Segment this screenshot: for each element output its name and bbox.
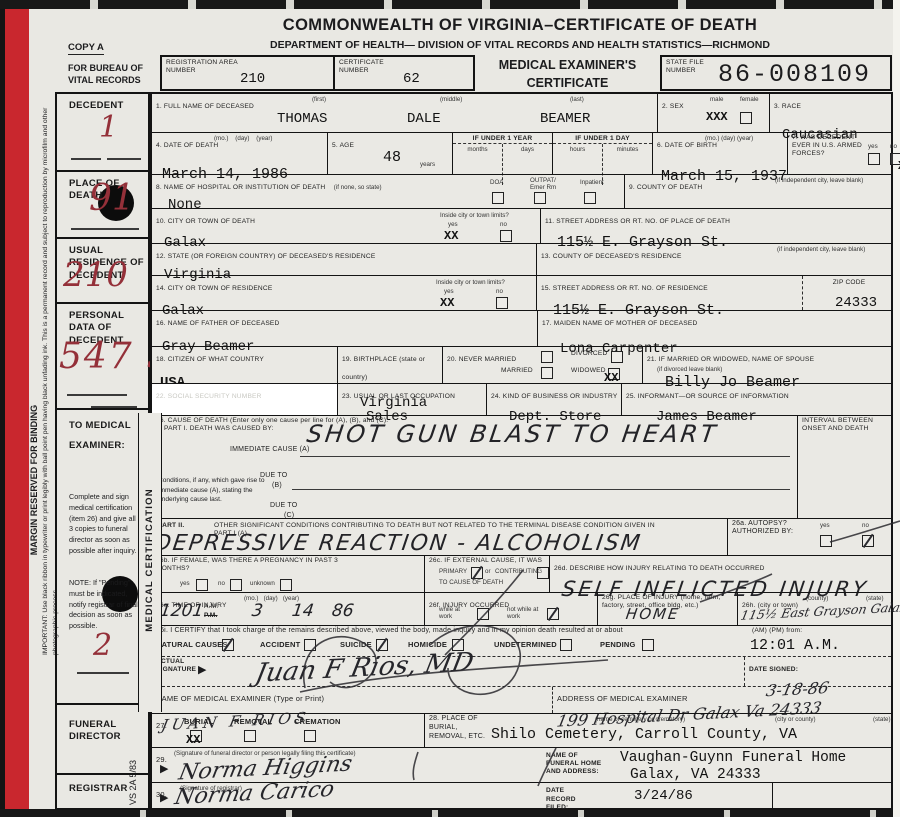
name-last: BEAMER (540, 111, 590, 127)
field-external-cause: 26c. IF EXTERNAL CAUSE, IT WAS PRIMARY o… (424, 556, 549, 592)
field-race: 3. RACE Caucasian (769, 94, 891, 132)
certificate-type: MEDICAL EXAMINER'S CERTIFICATE (480, 57, 655, 92)
married-checkbox (541, 367, 553, 379)
pending-checkbox (642, 639, 654, 651)
sidebar-usual-residence: USUAL RESIDENCE OF DECEDENT 210 (57, 237, 148, 302)
time-injury-time: 1201 (159, 601, 205, 621)
pregnancy-unknown-checkbox (280, 579, 292, 591)
field-registrar-signature: 30. (Signature of registrar) ▶ Norma Car… (152, 783, 542, 808)
field-county-residence: 13. COUNTY OF DECEASED'S RESIDENCE (if i… (536, 244, 891, 275)
sidebar-decedent: DECEDENT 1 (57, 94, 148, 170)
field-date-signed: DATE SIGNED: 3-18-86 (744, 657, 891, 686)
field-examiner-name: NAME OF MEDICAL EXAMINER (Type or Print)… (152, 687, 552, 713)
certificate-number-label: CERTIFICATE NUMBER (339, 59, 399, 75)
part2-value: DEPRESSIVE REACTION - ALCOHOLISM (152, 531, 643, 556)
field-funeral-home: NAME OF FUNERAL HOME AND ADDRESS: Vaugha… (542, 748, 891, 783)
field-if-under-1-day: IF UNDER 1 DAY hours minutes (552, 133, 652, 174)
field-spouse: 21. IF MARRIED OR WIDOWED, NAME OF SPOUS… (642, 347, 891, 383)
undetermined-checkbox (560, 639, 572, 651)
field-funeral-signature: 29. (Signature of funeral director or pe… (152, 748, 542, 783)
sidebar-decedent-value: 1 (99, 110, 118, 145)
bureau-label: FOR BUREAU OF VITAL RECORDS (68, 62, 150, 86)
time-injury-day: 14 (291, 601, 315, 621)
sidebar-place-of-death: PLACE OF DEATH 91 (57, 170, 148, 237)
time-injury-pm-struck: P.M. (204, 612, 218, 620)
pending-note: NOTE: If "Pending" must be indicated, no… (69, 578, 141, 632)
field-injury-location: 26h. (city or town) (county) (state) 115… (737, 593, 891, 625)
death-certificate-scan: MARGIN RESERVED FOR BINDING IMPORTANT: U… (0, 0, 900, 817)
medical-certification-strip: MEDICAL CERTIFICATION (138, 413, 162, 712)
funeral-signature-arrow-icon: ▶ (160, 762, 168, 775)
field-examiner-address: ADDRESS OF MEDICAL EXAMINER 199 Hospital… (552, 687, 891, 713)
immediate-cause-value: SHOT GUN BLAST TO HEART (305, 420, 720, 448)
certificate-title: COMMONWEALTH OF VIRGINIA–CERTIFICATE OF … (150, 16, 890, 35)
forces-yes-checkbox (868, 153, 880, 165)
sex-mark: XXX (706, 110, 728, 124)
natural-causes-checkbox (222, 639, 234, 651)
certificate-form: 1. FULL NAME OF DECEASED (first) (middle… (150, 92, 893, 810)
time-injury-month: 3 (251, 601, 265, 621)
pregnancy-no-checkbox (230, 579, 242, 591)
name-middle: DALE (407, 111, 441, 127)
field-cause-of-death: 26. CAUSE OF DEATH (Enter only one cause… (152, 416, 797, 518)
cremation-checkbox (304, 730, 316, 742)
field-father: 16. NAME OF FATHER OF DECEASED Gray Beam… (152, 311, 537, 346)
state-file-label: STATE FILE NUMBER (666, 59, 712, 75)
divorced-checkbox (611, 351, 623, 363)
field-county-of-death: 9. COUNTY OF DEATH (if independent city,… (624, 175, 891, 208)
field-ssn-redacted: 22. SOCIAL SECURITY NUMBER (152, 384, 337, 415)
field-if-under-1-year: IF UNDER 1 YEAR months days (452, 133, 552, 174)
field-interval: INTERVAL BETWEEN ONSET AND DEATH (797, 416, 891, 518)
field-zip: ZIP CODE 24333 (802, 276, 891, 310)
time-injury-year: 86 (331, 601, 355, 621)
field-pregnancy: 26b. IF FEMALE, WAS THERE A PREGNANCY IN… (152, 556, 424, 592)
sidebar-funeral-director: FUNERAL DIRECTOR (57, 703, 148, 773)
field-business: 24. KIND OF BUSINESS OR INDUSTRY Dept. S… (486, 384, 621, 415)
field-armed-forces: 7. WAS DECEDENT EVER IN U.S. ARMED FORCE… (787, 133, 891, 174)
scan-left-edge (0, 0, 5, 817)
age-value: 48 (383, 149, 401, 166)
field-marital-status: 20. NEVER MARRIED DIVORCED MARRIED WIDOW… (442, 347, 642, 383)
field-city-of-death: 10. CITY OR TOWN OF DEATH Galax Inside c… (152, 209, 540, 243)
field-empty-end (772, 783, 891, 808)
signature-arrow-icon: ▶ (198, 663, 206, 676)
sex-female-checkbox (740, 112, 752, 124)
field-date-of-birth: 6. DATE OF BIRTH (mo.) (day) (year) Marc… (652, 133, 787, 174)
place-of-injury-value: HOME (625, 605, 681, 623)
not-while-at-work-checkbox (547, 608, 559, 620)
registration-area-label: REGISTRATION AREA NUMBER (166, 59, 246, 75)
hospital-outpat-checkbox (534, 192, 546, 204)
form-sidebar: DECEDENT 1 PLACE OF DEATH 91 USUAL RESID… (55, 92, 150, 810)
sidebar-place-of-death-value: 91 (89, 178, 135, 219)
field-age: 5. AGE 48 years (327, 133, 452, 174)
margin-binding-note: MARGIN RESERVED FOR BINDING (29, 315, 39, 645)
field-date-of-death: 4. DATE OF DEATH (mo.) (day) (year) Marc… (152, 133, 327, 174)
field-birthplace: 19. BIRTHPLACE (state or country) Virgin… (337, 347, 442, 383)
hospital-inpatient-checkbox (584, 192, 596, 204)
accident-checkbox (304, 639, 316, 651)
sidebar-to-medical-examiner: TO MEDICAL EXAMINER: Complete and sign m… (57, 408, 148, 703)
field-occupation: 23. USUAL OR LAST OCCUPATION Sales (337, 384, 486, 415)
external-primary-checkbox (471, 567, 483, 579)
field-street-residence: 15. STREET ADDRESS OR RT. NO. OF RESIDEN… (536, 276, 802, 310)
conditions-note: Conditions, if any, which gave rise to i… (158, 476, 280, 505)
sidebar-registrar: REGISTRAR (57, 773, 148, 806)
field-injury-occurred: 26f. INJURY OCCURRED while at work not w… (424, 593, 597, 625)
burial-place-value: Shilo Cemetery, Carroll County, VA (491, 726, 797, 743)
suicide-checkbox (376, 639, 388, 651)
field-full-name: 1. FULL NAME OF DECEASED (first) (middle… (152, 94, 657, 132)
medical-certification-label: MEDICAL CERTIFICATION (144, 415, 155, 705)
autopsy-no-checkbox (862, 535, 874, 547)
autopsy-yes-checkbox (820, 535, 832, 547)
field-burial-place: 28. PLACE OF BURIAL, REMOVAL, ETC. (name… (424, 714, 891, 747)
hospital-doa-checkbox (492, 192, 504, 204)
funeral-home-city: Galax, VA 24333 (630, 767, 761, 783)
field-street-of-death: 11. STREET ADDRESS OR RT. NO. OF PLACE O… (540, 209, 891, 243)
city-res-limits-mark: XX (440, 296, 454, 310)
field-citizen: 18. CITIZEN OF WHAT COUNTRY USA (152, 347, 337, 383)
certificate-number-value: 62 (403, 71, 420, 87)
state-file-box: STATE FILE NUMBER 86-008109 (660, 55, 892, 91)
registrar-signature: Norma Carico (173, 777, 337, 810)
sidebar-usual-residence-value: 210 (63, 255, 128, 295)
while-at-work-checkbox (477, 608, 489, 620)
funeral-home-name: Vaughan-Guynn Funeral Home (620, 750, 846, 766)
registration-area-box: REGISTRATION AREA NUMBER 210 (160, 55, 335, 91)
never-married-checkbox (541, 351, 553, 363)
zip-value: 24333 (835, 295, 891, 311)
field-informant: 25. INFORMANT—OR SOURCE OF INFORMATION J… (621, 384, 891, 415)
city-res-no-checkbox (496, 297, 508, 309)
scan-bottom-edge (0, 809, 900, 817)
field-sex: 2. SEX male female XXX (657, 94, 769, 132)
field-hospital: 8. NAME OF HOSPITAL OR INSTITUTION OF DE… (152, 175, 624, 208)
city-death-no-checkbox (500, 230, 512, 242)
to-medical-examiner-note: Complete and sign medical certification … (69, 492, 141, 557)
field-time-of-injury: 26e. TIME OF INJURY (mo.) (day) (year) 1… (152, 593, 424, 625)
field-state-residence: 12. STATE (OR FOREIGN COUNTRY) OF DECEAS… (152, 244, 536, 275)
registration-area-value: 210 (240, 71, 265, 87)
certify-time-value: 12:01 A.M. (750, 637, 840, 654)
field-part2-conditions: PART II. OTHER SIGNIFICANT CONDITIONS CO… (152, 519, 727, 556)
field-date-filed: DATE RECORD FILED: 3/24/86 (542, 783, 772, 808)
field-autopsy: 26a. AUTOPSY? AUTHORIZED BY: yes no (727, 519, 891, 556)
pending-value: 2 (93, 628, 112, 663)
field-certify: 26i. I CERTIFY that I took charge of the… (152, 625, 891, 657)
binding-red-stripe (5, 0, 29, 817)
name-first: THOMAS (277, 111, 327, 127)
external-contributing-checkbox (537, 567, 549, 579)
scan-top-edge (0, 0, 900, 9)
field-city-residence: 14. CITY OR TOWN OF RESIDENCE Galax Insi… (152, 276, 536, 310)
registrar-signature-arrow-icon: ▶ (160, 791, 168, 804)
date-filed-value: 3/24/86 (634, 788, 693, 804)
field-how-injury: 26d. DESCRIBE HOW INJURY RELATING TO DEA… (549, 556, 891, 592)
certificate-number-box: CERTIFICATE NUMBER 62 (335, 55, 475, 91)
sidebar-personal-data: PERSONAL DATA OF DECEDENT 547 3 (57, 302, 148, 408)
field-disposition: 27. BURIAL REMOVAL CREMATION XX (152, 714, 424, 747)
field-mother: 17. MAIDEN NAME OF MOTHER OF DECEASED Lo… (537, 311, 891, 346)
burial-mark: XX (186, 733, 200, 747)
state-file-number: 86-008109 (718, 60, 871, 89)
field-actual-signature: ACTUAL SIGNATURE ▶ Juan F Rios, MD (152, 657, 744, 686)
removal-checkbox (244, 730, 256, 742)
certificate-subtitle: DEPARTMENT OF HEALTH— DIVISION OF VITAL … (150, 39, 890, 51)
field-place-of-injury: 26g. PLACE OF INJURY (home, farm, factor… (597, 593, 737, 625)
city-death-limits-mark: XX (444, 229, 458, 243)
pregnancy-yes-checkbox (196, 579, 208, 591)
copy-label: COPY A (68, 42, 104, 55)
